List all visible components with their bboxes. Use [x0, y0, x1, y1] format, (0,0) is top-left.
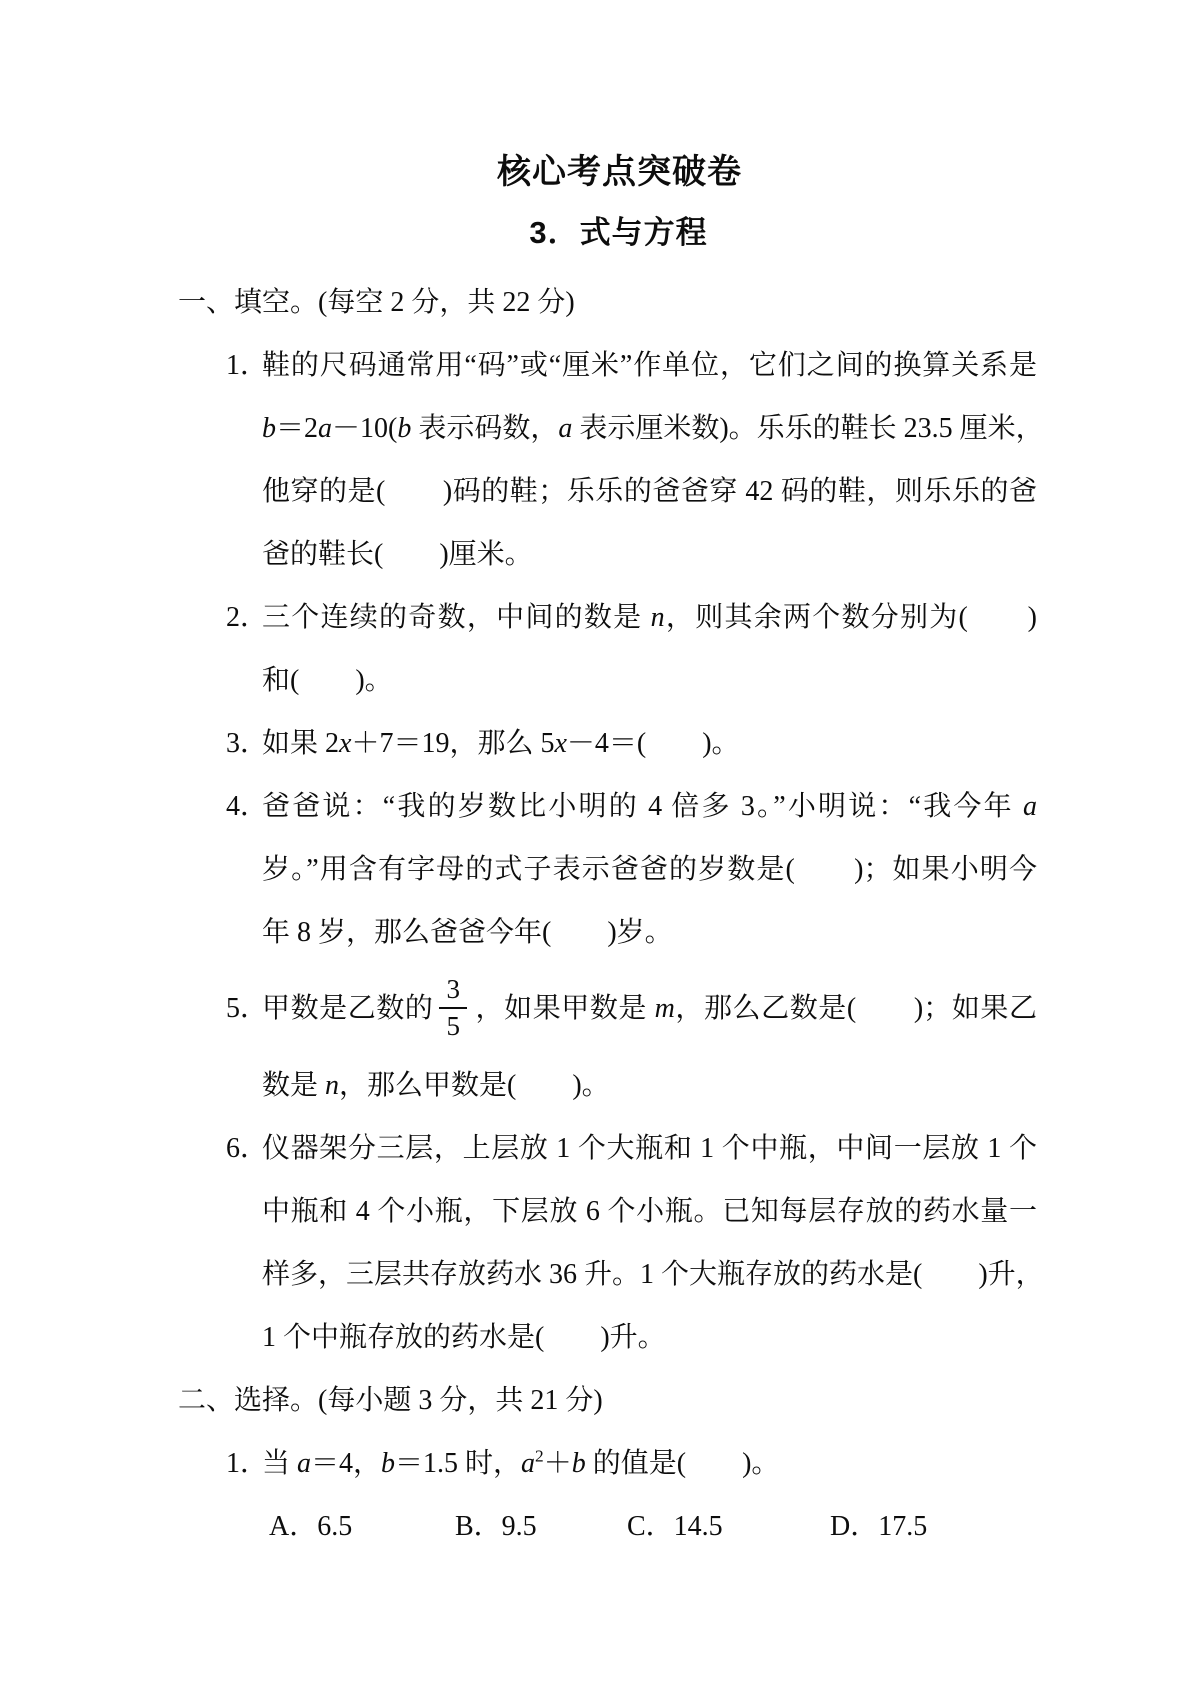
- line-text: 岁。”用含有字母的式子表示爸爸的岁数是( )；如果小明今: [262, 854, 1037, 885]
- document-body: 一、填空。(每空 2 分，共 22 分) 1．鞋的尺码通常用“码”或“厘米”作单…: [0, 271, 1191, 1558]
- question-line: 岁。”用含有字母的式子表示爸爸的岁数是( )；如果小明今: [262, 838, 1037, 901]
- choice-d: D．17.5: [830, 1495, 927, 1558]
- question-number: 1．: [226, 334, 268, 397]
- line-text: 数是 n，那么甲数是( )。: [262, 1070, 610, 1101]
- question-line: 他穿的是( )码的鞋；乐乐的爸爸穿 42 码的鞋，则乐乐的爸: [262, 460, 1037, 523]
- question-number: 5．: [226, 964, 268, 1054]
- question-line: 1 个中瓶存放的药水是( )升。: [262, 1306, 1037, 1369]
- question-line: 2．三个连续的奇数，中间的数是 n，则其余两个数分别为( ): [262, 586, 1037, 649]
- line-text: 鞋的尺码通常用“码”或“厘米”作单位，它们之间的换算关系是: [262, 350, 1037, 381]
- question-number: 4．: [226, 775, 268, 838]
- line-text: 1 个中瓶存放的药水是( )升。: [262, 1322, 666, 1353]
- line-text: 甲数是乙数的35，如果甲数是 m，那么乙数是( )；如果乙: [262, 993, 1037, 1024]
- question-line: 爸的鞋长( )厘米。: [262, 523, 1037, 586]
- page-title: 核心考点突破卷: [24, 150, 1191, 194]
- choice-b: B．9.5: [455, 1495, 537, 1558]
- question-fill-2: 2．三个连续的奇数，中间的数是 n，则其余两个数分别为( ) 和( )。: [0, 586, 1191, 712]
- question-line: 和( )。: [262, 649, 1037, 712]
- question-line: 1．鞋的尺码通常用“码”或“厘米”作单位，它们之间的换算关系是: [262, 334, 1037, 397]
- question-line: 5．甲数是乙数的35，如果甲数是 m，那么乙数是( )；如果乙: [262, 964, 1037, 1054]
- question-fill-4: 4．爸爸说：“我的岁数比小明的 4 倍多 3。”小明说：“我今年 a 岁。”用含…: [0, 775, 1191, 964]
- question-fill-6: 6．仪器架分三层，上层放 1 个大瓶和 1 个中瓶，中间一层放 1 个 中瓶和 …: [0, 1117, 1191, 1369]
- question-line: 3．如果 2x＋7＝19，那么 5x－4＝( )。: [262, 712, 1037, 775]
- line-text: b＝2a－10(b 表示码数，a 表示厘米数)。乐乐的鞋长 23.5 厘米，: [262, 413, 1044, 444]
- line-text: 仪器架分三层，上层放 1 个大瓶和 1 个中瓶，中间一层放 1 个: [262, 1133, 1037, 1164]
- question-fill-3: 3．如果 2x＋7＝19，那么 5x－4＝( )。: [0, 712, 1191, 775]
- question-line: 6．仪器架分三层，上层放 1 个大瓶和 1 个中瓶，中间一层放 1 个: [262, 1117, 1037, 1180]
- page-subtitle: 3．式与方程: [23, 212, 1191, 254]
- line-text: 样多，三层共存放药水 36 升。1 个大瓶存放的药水是( )升，: [262, 1259, 1044, 1290]
- line-text: 年 8 岁，那么爸爸今年( )岁。: [262, 917, 673, 948]
- question-line: 中瓶和 4 个小瓶，下层放 6 个小瓶。已知每层存放的药水量一: [262, 1180, 1037, 1243]
- document-page: 核心考点突破卷 3．式与方程 一、填空。(每空 2 分，共 22 分) 1．鞋的…: [0, 0, 1191, 1684]
- question-number: 2．: [226, 586, 268, 649]
- question-number: 6．: [226, 1117, 268, 1180]
- line-text: 中瓶和 4 个小瓶，下层放 6 个小瓶。已知每层存放的药水量一: [262, 1196, 1037, 1227]
- line-text: 当 a＝4，b＝1.5 时，a2＋b 的值是( )。: [262, 1448, 779, 1479]
- line-text: 他穿的是( )码的鞋；乐乐的爸爸穿 42 码的鞋，则乐乐的爸: [262, 476, 1037, 507]
- fraction: 35: [439, 975, 467, 1040]
- question-line: 数是 n，那么甲数是( )。: [262, 1054, 1037, 1117]
- line-text: 爸的鞋长( )厘米。: [262, 539, 533, 570]
- question-number: 3．: [226, 712, 268, 775]
- question-number: 1．: [226, 1432, 268, 1495]
- line-text: 如果 2x＋7＝19，那么 5x－4＝( )。: [262, 728, 740, 759]
- section-fill-heading: 一、填空。(每空 2 分，共 22 分): [0, 271, 1191, 334]
- question-line: 样多，三层共存放药水 36 升。1 个大瓶存放的药水是( )升，: [262, 1243, 1037, 1306]
- choices-row: A．6.5 B．9.5 C．14.5 D．17.5: [262, 1495, 1037, 1558]
- question-choice-1: 1．当 a＝4，b＝1.5 时，a2＋b 的值是( )。 A．6.5 B．9.5…: [0, 1432, 1191, 1558]
- section-choice-heading: 二、选择。(每小题 3 分，共 21 分): [0, 1369, 1191, 1432]
- question-fill-5: 5．甲数是乙数的35，如果甲数是 m，那么乙数是( )；如果乙 数是 n，那么甲…: [0, 964, 1191, 1117]
- question-line: b＝2a－10(b 表示码数，a 表示厘米数)。乐乐的鞋长 23.5 厘米，: [262, 397, 1037, 460]
- question-line: 1．当 a＝4，b＝1.5 时，a2＋b 的值是( )。: [262, 1432, 1037, 1495]
- line-text: 三个连续的奇数，中间的数是 n，则其余两个数分别为( ): [262, 602, 1037, 633]
- question-line: 4．爸爸说：“我的岁数比小明的 4 倍多 3。”小明说：“我今年 a: [262, 775, 1037, 838]
- line-text: 爸爸说：“我的岁数比小明的 4 倍多 3。”小明说：“我今年 a: [262, 791, 1037, 822]
- question-line: 年 8 岁，那么爸爸今年( )岁。: [262, 901, 1037, 964]
- question-fill-1: 1．鞋的尺码通常用“码”或“厘米”作单位，它们之间的换算关系是 b＝2a－10(…: [0, 334, 1191, 586]
- choice-a: A．6.5: [269, 1495, 352, 1558]
- choice-c: C．14.5: [627, 1495, 723, 1558]
- line-text: 和( )。: [262, 665, 393, 696]
